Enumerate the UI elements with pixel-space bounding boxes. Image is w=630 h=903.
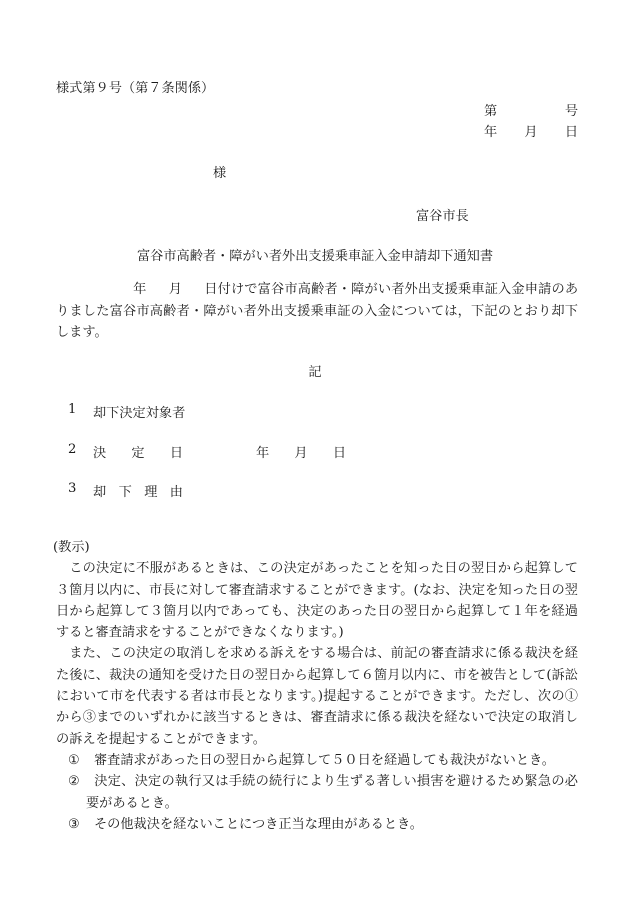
notice-list-item: ③その他裁決を経ないことにつき正当な理由があるとき。 bbox=[56, 814, 578, 835]
item-label: 却 下 理 由 bbox=[93, 481, 183, 500]
decision-month: 月 bbox=[294, 442, 307, 461]
issue-date-day: 日 bbox=[565, 121, 578, 140]
decision-year: 年 bbox=[256, 442, 269, 461]
label-char: 決 bbox=[93, 442, 106, 461]
appeal-notice: (教示) この決定に不服があるときは、この決定があったことを知った日の翌日から起… bbox=[56, 537, 578, 835]
label-char: 理 bbox=[144, 481, 157, 500]
notice-paragraph: また、この決定の取消しを求める訴えをする場合は、前記の審査請求に係る裁決を経た後… bbox=[56, 643, 578, 749]
item-rejected-person: 1 却下決定対象者 bbox=[68, 402, 185, 421]
document-title: 富谷市高齢者・障がい者外出支援乗車証入金申請却下通知書 bbox=[0, 245, 630, 264]
list-marker: ③ bbox=[68, 814, 94, 835]
item-number: 3 bbox=[68, 481, 93, 500]
item-number: 1 bbox=[68, 402, 93, 421]
sender: 富谷市長 bbox=[416, 205, 469, 224]
intro-year: 年 bbox=[133, 282, 147, 297]
label-char: 定 bbox=[131, 442, 144, 461]
notice-heading: (教示) bbox=[53, 537, 578, 558]
item-label: 却下決定対象者 bbox=[93, 402, 185, 421]
issue-date: 年 月 日 bbox=[484, 121, 578, 140]
form-number: 様式第９号（第７条関係） bbox=[56, 77, 214, 96]
ki-heading: 記 bbox=[0, 361, 630, 380]
label-char: 却 bbox=[93, 481, 106, 500]
issue-date-month: 月 bbox=[524, 121, 537, 140]
issue-date-year: 年 bbox=[484, 121, 497, 140]
notice-list-item: ①審査請求があった日の翌日から起算して５０日を経過しても裁決がないとき。 bbox=[56, 750, 578, 771]
label-char: 下 bbox=[119, 481, 132, 500]
item-decision-date: 2 決 定 日 年 月 日 bbox=[68, 442, 346, 461]
notice-list-item: ②決定、決定の執行又は手続の続行により生ずる著しい損害を避けるため緊急の必要があ… bbox=[56, 771, 578, 814]
document-number-suffix: 号 bbox=[565, 100, 578, 119]
addressee: 様 bbox=[213, 162, 226, 181]
list-marker: ① bbox=[68, 750, 94, 771]
label-char: 日 bbox=[170, 442, 183, 461]
item-number: 2 bbox=[68, 442, 93, 461]
intro-month: 月 bbox=[169, 282, 183, 297]
list-text: 決定、決定の執行又は手続の続行により生ずる著しい損害を避けるため緊急の必要がある… bbox=[86, 774, 578, 810]
document-number: 第 号 bbox=[484, 100, 578, 119]
label-char: 由 bbox=[170, 481, 183, 500]
decision-date-value: 年 月 日 bbox=[256, 442, 346, 461]
list-text: その他裁決を経ないことにつき正当な理由があるとき。 bbox=[94, 817, 423, 832]
list-marker: ② bbox=[68, 771, 94, 792]
list-text: 審査請求があった日の翌日から起算して５０日を経過しても裁決がないとき。 bbox=[94, 753, 555, 768]
notice-paragraph: この決定に不服があるときは、この決定があったことを知った日の翌日から起算して３箇… bbox=[56, 558, 578, 643]
item-label: 決 定 日 bbox=[93, 442, 183, 461]
decision-day: 日 bbox=[333, 442, 346, 461]
item-rejection-reason: 3 却 下 理 由 bbox=[68, 481, 183, 500]
intro-paragraph: 年月日付けで富谷市高齢者・障がい者外出支援乗車証入金申請のありました富谷市高齢者… bbox=[56, 279, 578, 344]
document-number-prefix: 第 bbox=[484, 100, 497, 119]
